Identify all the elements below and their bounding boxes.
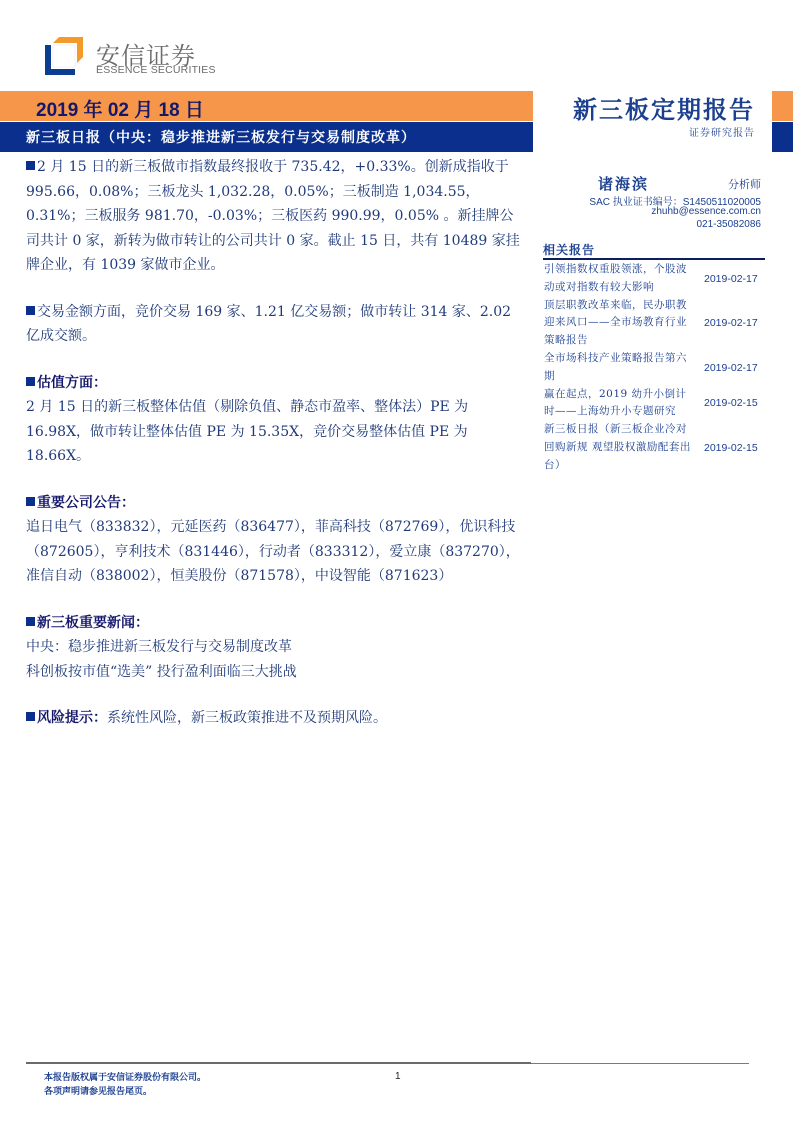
company-logo-en: ESSENCE SECURITIES bbox=[96, 64, 216, 76]
footer-disclaimer: 各项声明请参见报告尾页。 bbox=[44, 1084, 152, 1097]
report-title: 新三板日报（中央：稳步推进新三板发行与交易制度改革） bbox=[26, 127, 416, 147]
related-reports-divider bbox=[543, 258, 765, 260]
footer-copyright: 本报告版权属于安信证券股份有限公司。 bbox=[44, 1070, 206, 1083]
valuation-paragraph: 2 月 15 日的新三板整体估值（剔除负值、静态市盈率、整体法）PE 为 16.… bbox=[26, 395, 526, 469]
footer-divider-accent bbox=[26, 1062, 531, 1064]
bullet-square-icon bbox=[26, 377, 35, 386]
announcements-heading: 重要公司公告： bbox=[26, 491, 526, 516]
related-report-date: 2019-02-17 bbox=[704, 362, 774, 374]
main-content: 2 月 15 日的新三板做市指数最终报收于 735.42，+0.33%。创新成指… bbox=[26, 155, 526, 731]
related-report-item[interactable]: 新三板日报（新三板企业冷对回购新规 观望股权激励配套出台） 2019-02-15 bbox=[544, 421, 774, 474]
related-report-date: 2019-02-17 bbox=[704, 273, 774, 285]
report-date: 2019 年 02 月 18 日 bbox=[36, 95, 204, 122]
related-report-title: 顶层职教改革来临，民办职教迎来风口——全市场教育行业策略报告 bbox=[544, 297, 692, 350]
related-report-item[interactable]: 顶层职教改革来临，民办职教迎来风口——全市场教育行业策略报告 2019-02-1… bbox=[544, 297, 774, 350]
related-report-item[interactable]: 赢在起点，2019 幼升小倒计时——上海幼升小专题研究 2019-02-15 bbox=[544, 386, 774, 422]
market-summary-paragraph: 2 月 15 日的新三板做市指数最终报收于 735.42，+0.33%。创新成指… bbox=[26, 155, 526, 278]
related-report-title: 新三板日报（新三板企业冷对回购新规 观望股权激励配套出台） bbox=[544, 421, 692, 474]
bullet-square-icon bbox=[26, 712, 35, 721]
bullet-square-icon bbox=[26, 617, 35, 626]
risk-paragraph: 风险提示：系统性风险，新三板政策推进不及预期风险。 bbox=[26, 706, 526, 731]
related-report-date: 2019-02-15 bbox=[704, 442, 774, 454]
news-item: 科创板按市值“选美” 投行盈利面临三大挑战 bbox=[26, 660, 526, 685]
related-report-item[interactable]: 全市场科技产业策略报告第六期 2019-02-17 bbox=[544, 350, 774, 386]
date-banner-stub bbox=[772, 91, 793, 121]
analyst-email[interactable]: zhuhb@essence.com.cn bbox=[651, 206, 761, 217]
related-report-item[interactable]: 引领指数权重股领涨，个股波动或对指数有较大影响 2019-02-17 bbox=[544, 261, 774, 297]
related-report-title: 全市场科技产业策略报告第六期 bbox=[544, 350, 692, 386]
trading-summary-paragraph: 交易金额方面，竞价交易 169 家、1.21 亿交易额；做市转让 314 家、2… bbox=[26, 300, 526, 349]
news-item: 中央：稳步推进新三板发行与交易制度改革 bbox=[26, 635, 526, 660]
bullet-square-icon bbox=[26, 306, 35, 315]
report-type: 新三板定期报告 bbox=[573, 90, 755, 125]
related-reports-list: 引领指数权重股领涨，个股波动或对指数有较大影响 2019-02-17 顶层职教改… bbox=[544, 261, 774, 475]
related-report-date: 2019-02-17 bbox=[704, 317, 774, 329]
analyst-phone: 021-35082086 bbox=[696, 219, 761, 230]
company-logo-mark bbox=[45, 35, 83, 75]
page-number: 1 bbox=[395, 1071, 401, 1082]
analyst-name: 诸海滨 bbox=[598, 173, 649, 194]
title-banner-stub bbox=[772, 122, 793, 152]
announcements-paragraph: 追日电气（833832），元延医药（836477），菲高科技（872769），优… bbox=[26, 515, 526, 589]
related-report-title: 引领指数权重股领涨，个股波动或对指数有较大影响 bbox=[544, 261, 692, 297]
bullet-square-icon bbox=[26, 161, 35, 170]
related-reports-heading: 相关报告 bbox=[543, 241, 595, 258]
related-report-date: 2019-02-15 bbox=[704, 397, 774, 409]
news-heading: 新三板重要新闻： bbox=[26, 611, 526, 636]
report-category: 证券研究报告 bbox=[689, 124, 755, 139]
related-report-title: 赢在起点，2019 幼升小倒计时——上海幼升小专题研究 bbox=[544, 386, 692, 422]
analyst-role: 分析师 bbox=[728, 176, 761, 192]
bullet-square-icon bbox=[26, 497, 35, 506]
valuation-heading: 估值方面： bbox=[26, 371, 526, 396]
